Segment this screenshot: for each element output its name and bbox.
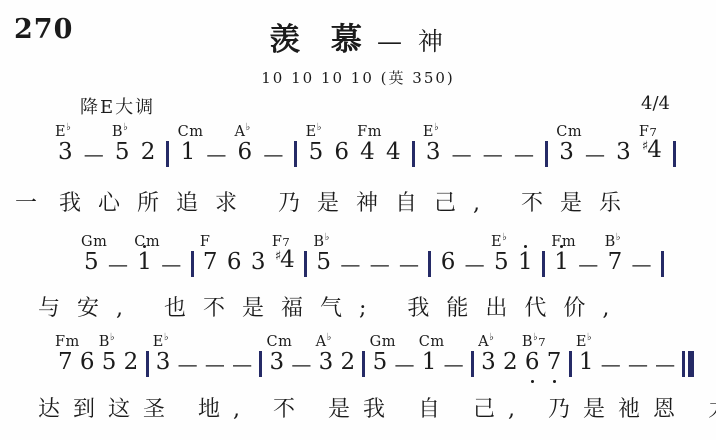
note: E♭1 — [579, 348, 594, 378]
chord-label: F7 — [639, 125, 657, 139]
duration-dash: — — [263, 140, 283, 168]
lyric-text: 达到这圣 地, 不 是我 自 己, 乃是祂恩 力。 — [38, 397, 716, 422]
note-digit: 3 — [426, 139, 441, 165]
note-digit: 3 — [616, 139, 631, 165]
note: Cm1 — [422, 348, 437, 378]
note-digit: 3 — [559, 139, 574, 165]
note-digit: 7 — [547, 349, 562, 375]
duration-dash: — — [628, 350, 648, 378]
note-digit: 6 — [525, 349, 540, 375]
final-double-barline — [682, 351, 694, 377]
note: 6 — [80, 348, 95, 378]
note-digit: 3 — [270, 349, 285, 375]
note-digit: 5 — [115, 139, 130, 165]
octave-dot-below — [553, 380, 556, 383]
note: Gm5 — [373, 348, 388, 378]
barline — [259, 351, 262, 377]
note-digit: 6 — [238, 139, 253, 165]
chord-label: F7 — [272, 235, 290, 249]
chord-label: B♭ — [112, 124, 128, 139]
page-title: 羡 慕 — 神 — [0, 14, 716, 59]
chord-label: E♭ — [576, 334, 592, 349]
note: B♭5 — [102, 348, 117, 378]
duration-dash: — — [452, 140, 472, 168]
lyrics-line-2: 与安, 也不是福气; 我能出代价, — [38, 291, 626, 322]
verse-number: 一 — [15, 191, 37, 216]
note-digit: 1 — [554, 249, 569, 275]
note-digit: 4 — [280, 247, 295, 273]
chord-label: Cm — [134, 235, 160, 249]
note: E♭3 — [58, 138, 73, 168]
duration-dash: — — [601, 350, 621, 378]
chord-label: E♭ — [306, 124, 322, 139]
duration-dash: — — [370, 250, 390, 278]
note-digit: 3 — [319, 349, 334, 375]
chord-label: Gm — [81, 235, 107, 249]
duration-dash: — — [108, 250, 128, 278]
duration-dash: — — [161, 250, 181, 278]
note: Fm4 — [360, 138, 375, 168]
note-digit: 2 — [141, 139, 156, 165]
meter-info: 10 10 10 10 (英 350) — [0, 67, 716, 88]
barline — [166, 141, 169, 167]
note: 7 — [547, 348, 562, 378]
barline — [412, 141, 415, 167]
chord-label: Fm — [55, 335, 80, 349]
note-digit: 1 — [518, 249, 533, 275]
title-main: 羡 慕 — [269, 22, 372, 58]
duration-dash: — — [578, 250, 598, 278]
note: F7 — [203, 248, 218, 278]
note: B♭5 — [115, 138, 130, 168]
duration-dash: — — [178, 350, 198, 378]
music-line-3: Fm76B♭52E♭3———Cm3—A♭32Gm5—Cm1—A♭32B♭767E… — [58, 350, 694, 378]
note-digit: 5 — [84, 249, 99, 275]
key-signature: 降E大调 — [80, 93, 155, 119]
note: 2 — [124, 348, 139, 378]
time-signature: 4/4 — [641, 93, 670, 114]
note: Fm7 — [58, 348, 73, 378]
note-digit: 3 — [156, 349, 171, 375]
chord-label: E♭ — [491, 234, 507, 249]
music-line-2: Gm5—Cm1—F763F7♯4B♭5———6—E♭51Fm1—B♭7— — [84, 250, 664, 278]
note: A♭3 — [481, 348, 496, 378]
note-digit: 5 — [373, 349, 388, 375]
note-digit: 6 — [80, 349, 95, 375]
note-digit: 3 — [58, 139, 73, 165]
chord-label: E♭ — [423, 124, 439, 139]
duration-dash: — — [84, 140, 104, 168]
note: 2 — [341, 348, 356, 378]
lyrics-line-1: 一我心所追求 乃是神自己, 不是乐 — [15, 186, 638, 217]
duration-dash: — — [206, 140, 226, 168]
note: A♭3 — [319, 348, 334, 378]
chord-label: Cm — [267, 335, 293, 349]
note: 6 — [334, 138, 349, 168]
duration-dash: — — [399, 250, 419, 278]
barline — [146, 351, 149, 377]
note: Cm1 — [137, 248, 152, 278]
chord-label: B♭7 — [522, 334, 546, 349]
barline — [471, 351, 474, 377]
duration-dash: — — [632, 250, 652, 278]
chord-label: E♭ — [153, 334, 169, 349]
chord-label: Cm — [556, 125, 582, 139]
chord-label: F — [200, 235, 211, 249]
barline — [304, 251, 307, 277]
note: E♭5 — [309, 138, 324, 168]
barline — [191, 251, 194, 277]
sharp-sign: ♯ — [275, 249, 281, 264]
note: 3 — [251, 248, 266, 278]
barline — [542, 251, 545, 277]
note-digit: 7 — [58, 349, 73, 375]
note: E♭3 — [156, 348, 171, 378]
note-digit: 6 — [441, 249, 456, 275]
octave-dot-below — [531, 380, 534, 383]
chord-label: Gm — [370, 335, 396, 349]
note: Cm3 — [270, 348, 285, 378]
note-digit: 1 — [579, 349, 594, 375]
note: 3 — [616, 138, 631, 168]
chord-label: Cm — [419, 335, 445, 349]
chord-label: A♭ — [478, 334, 494, 349]
note-digit: 6 — [227, 249, 242, 275]
note-digit: 7 — [608, 249, 623, 275]
note: 6 — [441, 248, 456, 278]
note-digit: 1 — [181, 139, 196, 165]
barline — [661, 251, 664, 277]
note-digit: 4 — [647, 137, 662, 163]
note-digit: 2 — [124, 349, 139, 375]
chord-label: B♭ — [99, 334, 115, 349]
note: Cm1 — [181, 138, 196, 168]
note-digit: 3 — [481, 349, 496, 375]
note: B♭5 — [316, 248, 331, 278]
note-digit: 3 — [251, 249, 266, 275]
note: Fm1 — [554, 248, 569, 278]
title-suffix: — 神 — [377, 27, 447, 56]
note: 1 — [518, 248, 533, 278]
duration-dash: — — [291, 350, 311, 378]
duration-dash: — — [395, 350, 415, 378]
note: F7♯4 — [642, 136, 662, 168]
lyric-text: 我心所追求 乃是神自己, 不是乐 — [59, 191, 638, 216]
note-digit: 5 — [102, 349, 117, 375]
note-digit: 7 — [203, 249, 218, 275]
sharp-sign: ♯ — [642, 139, 648, 154]
note-digit: 5 — [316, 249, 331, 275]
duration-dash: — — [585, 140, 605, 168]
chord-label: A♭ — [235, 124, 251, 139]
barline — [569, 351, 572, 377]
note-digit: 1 — [422, 349, 437, 375]
note: 2 — [503, 348, 518, 378]
duration-dash: — — [483, 140, 503, 168]
barline — [673, 141, 676, 167]
octave-dot-above — [524, 245, 527, 248]
duration-dash: — — [514, 140, 534, 168]
barline — [428, 251, 431, 277]
duration-dash: — — [232, 350, 252, 378]
note: Gm5 — [84, 248, 99, 278]
chord-label: B♭ — [605, 234, 621, 249]
note-digit: 4 — [386, 139, 401, 165]
note-digit: 4 — [360, 139, 375, 165]
chord-label: A♭ — [316, 334, 332, 349]
note-digit: 2 — [341, 349, 356, 375]
chord-label: Fm — [551, 235, 576, 249]
lyrics-line-3: 达到这圣 地, 不 是我 自 己, 乃是祂恩 力。 — [38, 392, 716, 423]
chord-label: B♭ — [313, 234, 329, 249]
note: 6 — [227, 248, 242, 278]
barline — [545, 141, 548, 167]
note-digit: 6 — [334, 139, 349, 165]
note: 2 — [141, 138, 156, 168]
note: Cm3 — [559, 138, 574, 168]
note-digit: 2 — [503, 349, 518, 375]
note-digit: 5 — [494, 249, 509, 275]
chord-label: Cm — [178, 125, 204, 139]
note-digit: 5 — [309, 139, 324, 165]
music-line-1: E♭3—B♭52Cm1—A♭6—E♭56Fm44E♭3———Cm3—3F7♯4 — [58, 140, 676, 168]
duration-dash: — — [444, 350, 464, 378]
duration-dash: — — [655, 350, 675, 378]
chord-label: E♭ — [55, 124, 71, 139]
note: E♭3 — [426, 138, 441, 168]
note-digit: 1 — [137, 249, 152, 275]
duration-dash: — — [465, 250, 485, 278]
hymn-sheet-page: 270 羡 慕 — 神 10 10 10 10 (英 350) 降E大调 4/4… — [0, 0, 716, 440]
note: 4 — [386, 138, 401, 168]
lyric-text: 与安, 也不是福气; 我能出代价, — [38, 296, 626, 321]
note: B♭7 — [608, 248, 623, 278]
note: E♭5 — [494, 248, 509, 278]
duration-dash: — — [205, 350, 225, 378]
barline — [294, 141, 297, 167]
barline — [362, 351, 365, 377]
chord-label: Fm — [357, 125, 382, 139]
duration-dash: — — [340, 250, 360, 278]
note: B♭76 — [525, 348, 540, 378]
note: F7♯4 — [275, 246, 295, 278]
note: A♭6 — [238, 138, 253, 168]
